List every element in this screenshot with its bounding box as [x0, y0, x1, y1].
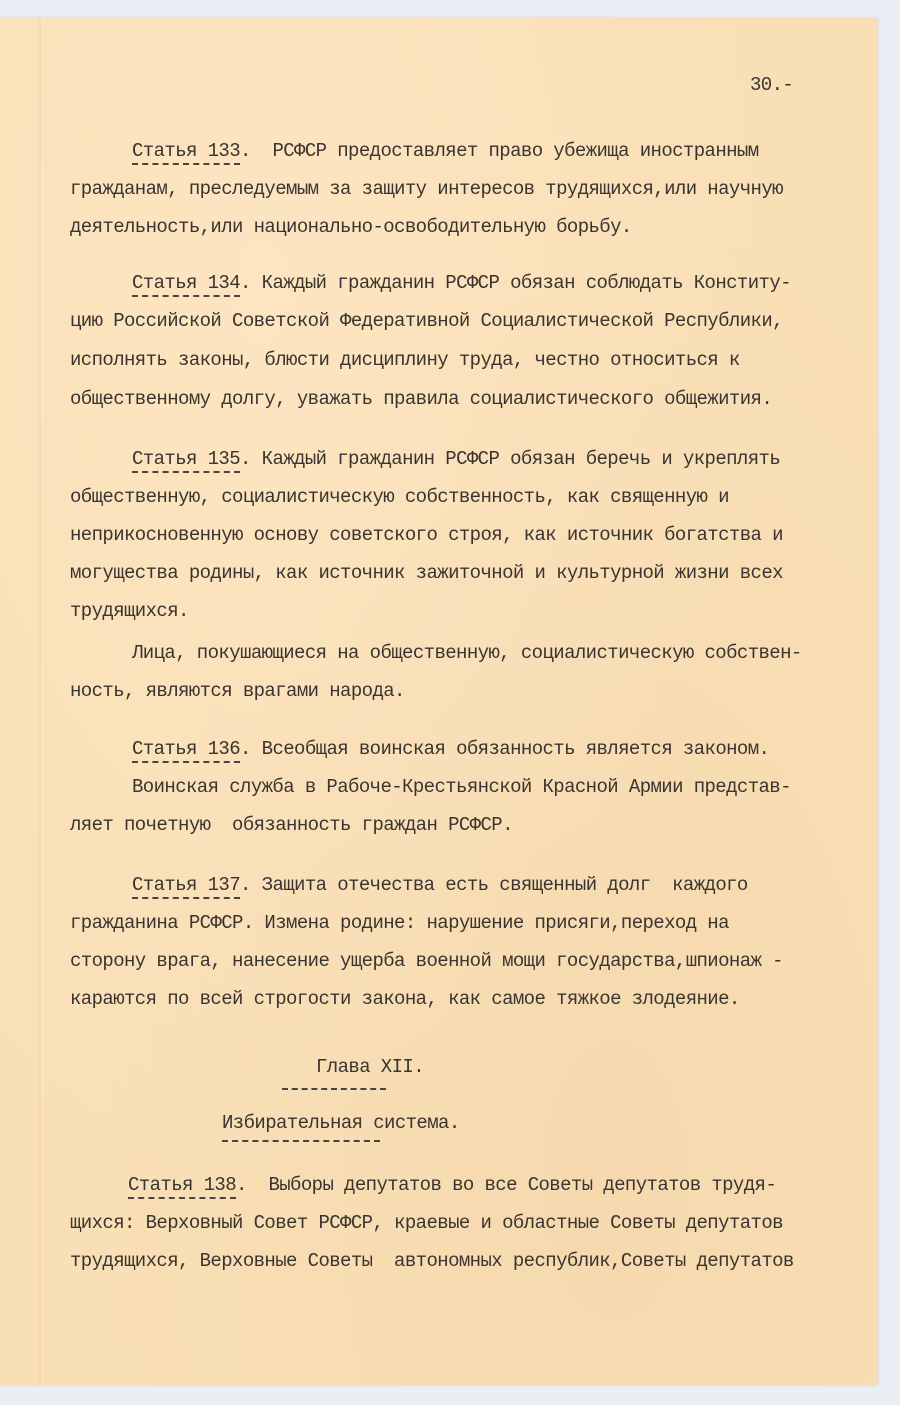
article-137-line-1: Статья 137. Защита отечества есть священ… [132, 876, 748, 895]
page-number: 30.- [750, 76, 793, 95]
article-136-label: Статья 136 [132, 738, 240, 763]
article-136-line-1: Статья 136. Всеобщая воинская обязанност… [132, 740, 769, 759]
article-135-line-1: Статья 135. Каждый гражданин РСФСР обяза… [132, 450, 780, 469]
article-138-line-3: трудящихся, Верховные Советы автономных … [70, 1252, 794, 1271]
article-134-line-4: общественному долгу, уважать правила соц… [70, 390, 772, 409]
article-138-line-1: Статья 138. Выборы депутатов во все Сове… [128, 1176, 776, 1195]
article-138-line-2: щихся: Верховный Совет РСФСР, краевые и … [70, 1214, 783, 1233]
article-134-line-1: Статья 134. Каждый гражданин РСФСР обяза… [132, 274, 791, 293]
article-134-line-2: цию Российской Советской Федеративной Со… [70, 312, 783, 331]
article-136-para2-line-1: Воинская служба в Рабоче-Крестьянской Кр… [132, 778, 791, 797]
article-135-line-5: трудящихся. [70, 602, 189, 621]
article-135-para2-line-2: ность, являются врагами народа. [70, 682, 405, 701]
article-133-label: Статья 133 [132, 140, 240, 165]
document-page: 30.- Статья 133. РСФСР предоставляет пра… [0, 18, 878, 1385]
article-135-para2-line-1: Лица, покушающиеся на общественную, соци… [132, 644, 802, 663]
article-135-line-4: могущества родины, как источник зажиточн… [70, 564, 783, 583]
article-136-para2-line-2: ляет почетную обязанность граждан РСФСР. [70, 816, 513, 835]
article-137-line-2: гражданина РСФСР. Измена родине: нарушен… [70, 914, 729, 933]
article-137-label: Статья 137 [132, 874, 240, 899]
article-135-line-2: общественную, социалистическую собственн… [70, 488, 729, 507]
article-133-line-1: Статья 133. РСФСР предоставляет право уб… [132, 142, 759, 161]
article-138-label: Статья 138 [128, 1174, 236, 1199]
article-134-line-3: исполнять законы, блюсти дисциплину труд… [70, 351, 740, 370]
chapter-subtitle-rule [222, 1140, 380, 1142]
article-137-line-3: сторону врага, нанесение ущерба военной … [70, 952, 783, 971]
article-133-line-3: деятельность,или национально-освободител… [70, 218, 632, 237]
article-133-line-2: гражданам, преследуемым за защиту интере… [70, 180, 783, 199]
article-134-label: Статья 134 [132, 272, 240, 297]
chapter-title: Глава XII. [316, 1058, 424, 1077]
chapter-subtitle: Избирательная система. [222, 1114, 460, 1133]
article-137-line-4: караются по всей строгости закона, как с… [70, 990, 740, 1009]
article-135-label: Статья 135 [132, 448, 240, 473]
chapter-title-rule [282, 1088, 386, 1090]
article-135-line-3: неприкосновенную основу советского строя… [70, 526, 783, 545]
